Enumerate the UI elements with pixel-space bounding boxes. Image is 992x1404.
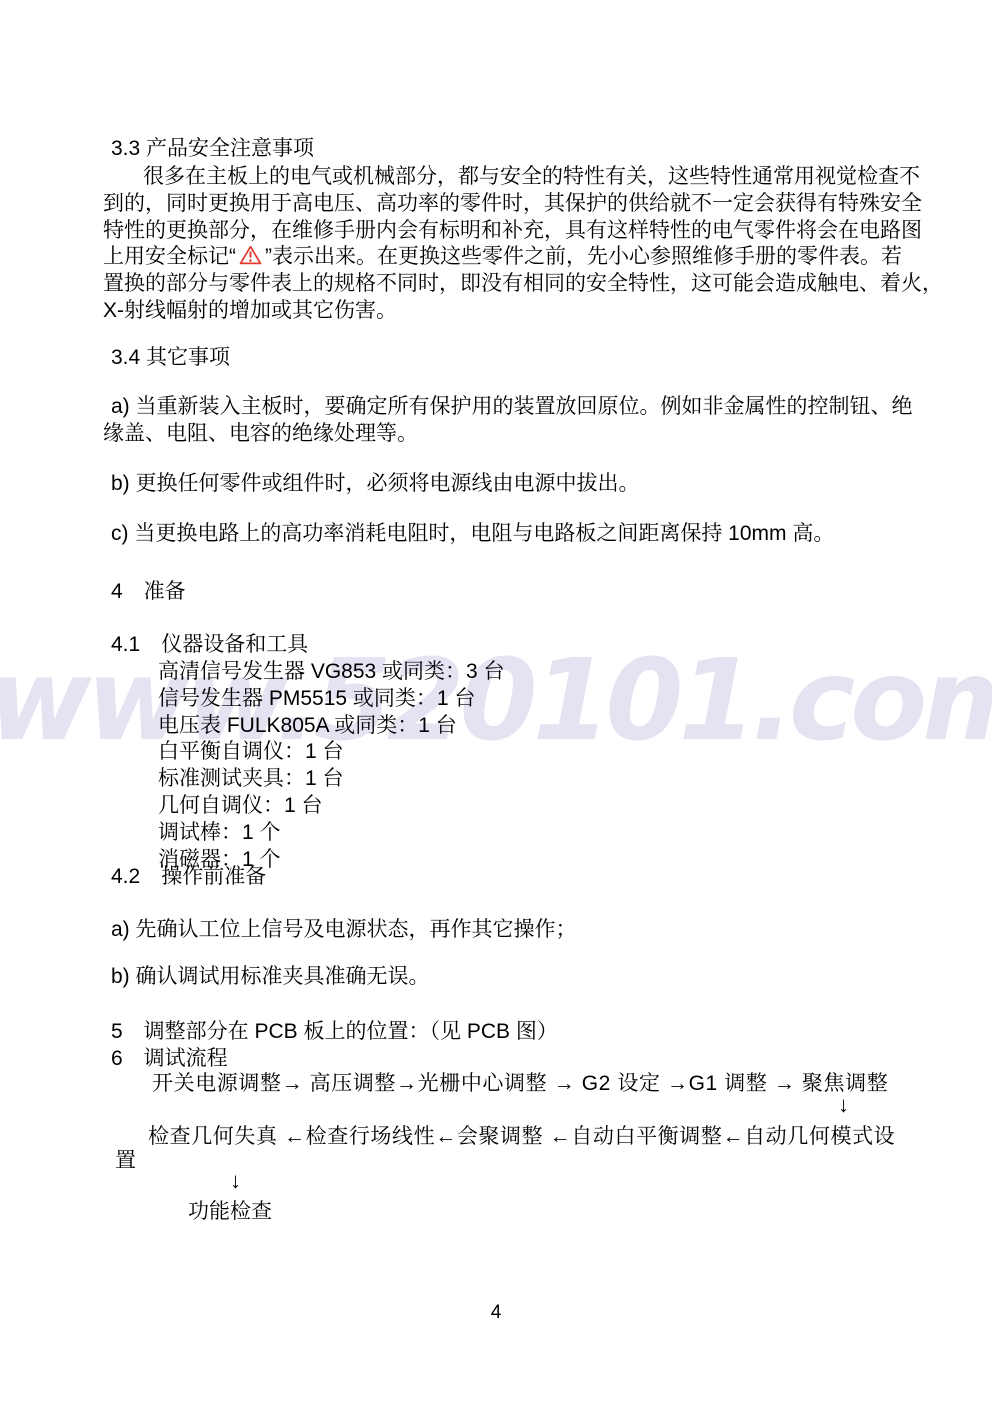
- paragraph-line: 很多在主板上的电气或机械部分，都与安全的特性有关，这些特性通常用视觉检查不: [103, 164, 915, 191]
- equipment-list: 高清信号发生器 VG853 或同类：3 台 信号发生器 PM5515 或同类：1…: [158, 659, 970, 873]
- flow-row-2: 检查几何失真 ←检查行场线性←会聚调整 ←自动白平衡调整←自动几何模式设: [148, 1124, 960, 1151]
- item-4-2-a: a) 先确认工位上信号及电源状态，再作其它操作；: [111, 917, 923, 944]
- heading-3-3: 3.3 产品安全注意事项: [111, 136, 923, 163]
- equipment-item: 电压表 FULK805A 或同类：1 台: [158, 713, 970, 740]
- item-3-4-b: b) 更换任何零件或组件时，必须将电源线由电源中拔出。: [111, 471, 923, 498]
- safety-mark-line: 上用安全标记“”表示出来。在更换这些零件之前，先小心参照维修手册的零件表。若: [103, 244, 915, 271]
- paragraph-text: 上用安全标记“: [103, 245, 236, 268]
- heading-3-4: 3.4 其它事项: [111, 345, 923, 372]
- paragraph-text: ”表示出来。在更换这些零件之前，先小心参照维修手册的零件表。若: [265, 245, 902, 268]
- down-arrow-icon: ↓: [230, 1170, 241, 1192]
- paragraph-line: 到的，同时更换用于高电压、高功率的零件时，其保护的供给就不一定会获得有特殊安全: [103, 191, 915, 218]
- equipment-item: 信号发生器 PM5515 或同类：1 台: [158, 686, 970, 713]
- equipment-item: 调试棒：1 个: [158, 820, 970, 847]
- heading-4-1: 4.1 仪器设备和工具: [111, 632, 923, 659]
- paragraph-line: 特性的更换部分，在维修手册内会有标明和补充，具有这样特性的电气零件将会在电路图: [103, 218, 915, 245]
- warning-triangle-icon: [239, 245, 262, 273]
- paragraph-line: X-射线幅射的增加或其它伤害。: [103, 298, 915, 325]
- document-page: www.520101.com 3.3 产品安全注意事项 很多在主板上的电气或机械…: [0, 0, 992, 1404]
- item-3-4-a: a) 当重新装入主板时，要确定所有保护用的装置放回原位。例如非金属性的控制钮、绝…: [111, 394, 923, 448]
- page-number: 4: [0, 1300, 992, 1327]
- paragraph-3-3: 很多在主板上的电气或机械部分，都与安全的特性有关，这些特性通常用视觉检查不 到的…: [103, 164, 915, 325]
- item-4-2-b: b) 确认调试用标准夹具准确无误。: [111, 964, 923, 991]
- item-line: 缘盖、电阻、电容的绝缘处理等。: [103, 421, 923, 448]
- heading-6: 6 调试流程: [111, 1046, 923, 1073]
- heading-4: 4 准备: [111, 579, 923, 606]
- equipment-item: 高清信号发生器 VG853 或同类：3 台: [158, 659, 970, 686]
- equipment-item: 几何自调仪：1 台: [158, 793, 970, 820]
- down-arrow-icon: ↓: [838, 1094, 849, 1116]
- equipment-item: 标准测试夹具：1 台: [158, 766, 970, 793]
- page-content: 3.3 产品安全注意事项 很多在主板上的电气或机械部分，都与安全的特性有关，这些…: [0, 0, 992, 1404]
- heading-5: 5 调整部分在 PCB 板上的位置：（见 PCB 图）: [111, 1019, 923, 1046]
- equipment-item: 白平衡自调仪：1 台: [158, 739, 970, 766]
- heading-4-2: 4.2 操作前准备: [111, 864, 923, 891]
- item-line: a) 当重新装入主板时，要确定所有保护用的装置放回原位。例如非金属性的控制钮、绝: [103, 394, 923, 421]
- flow-final-step: 功能检查: [188, 1199, 992, 1226]
- item-3-4-c: c) 当更换电路上的高功率消耗电阻时，电阻与电路板之间距离保持 10mm 高。: [111, 521, 923, 548]
- paragraph-line: 置换的部分与零件表上的规格不同时，即没有相同的安全特性，这可能会造成触电、着火，: [103, 271, 915, 298]
